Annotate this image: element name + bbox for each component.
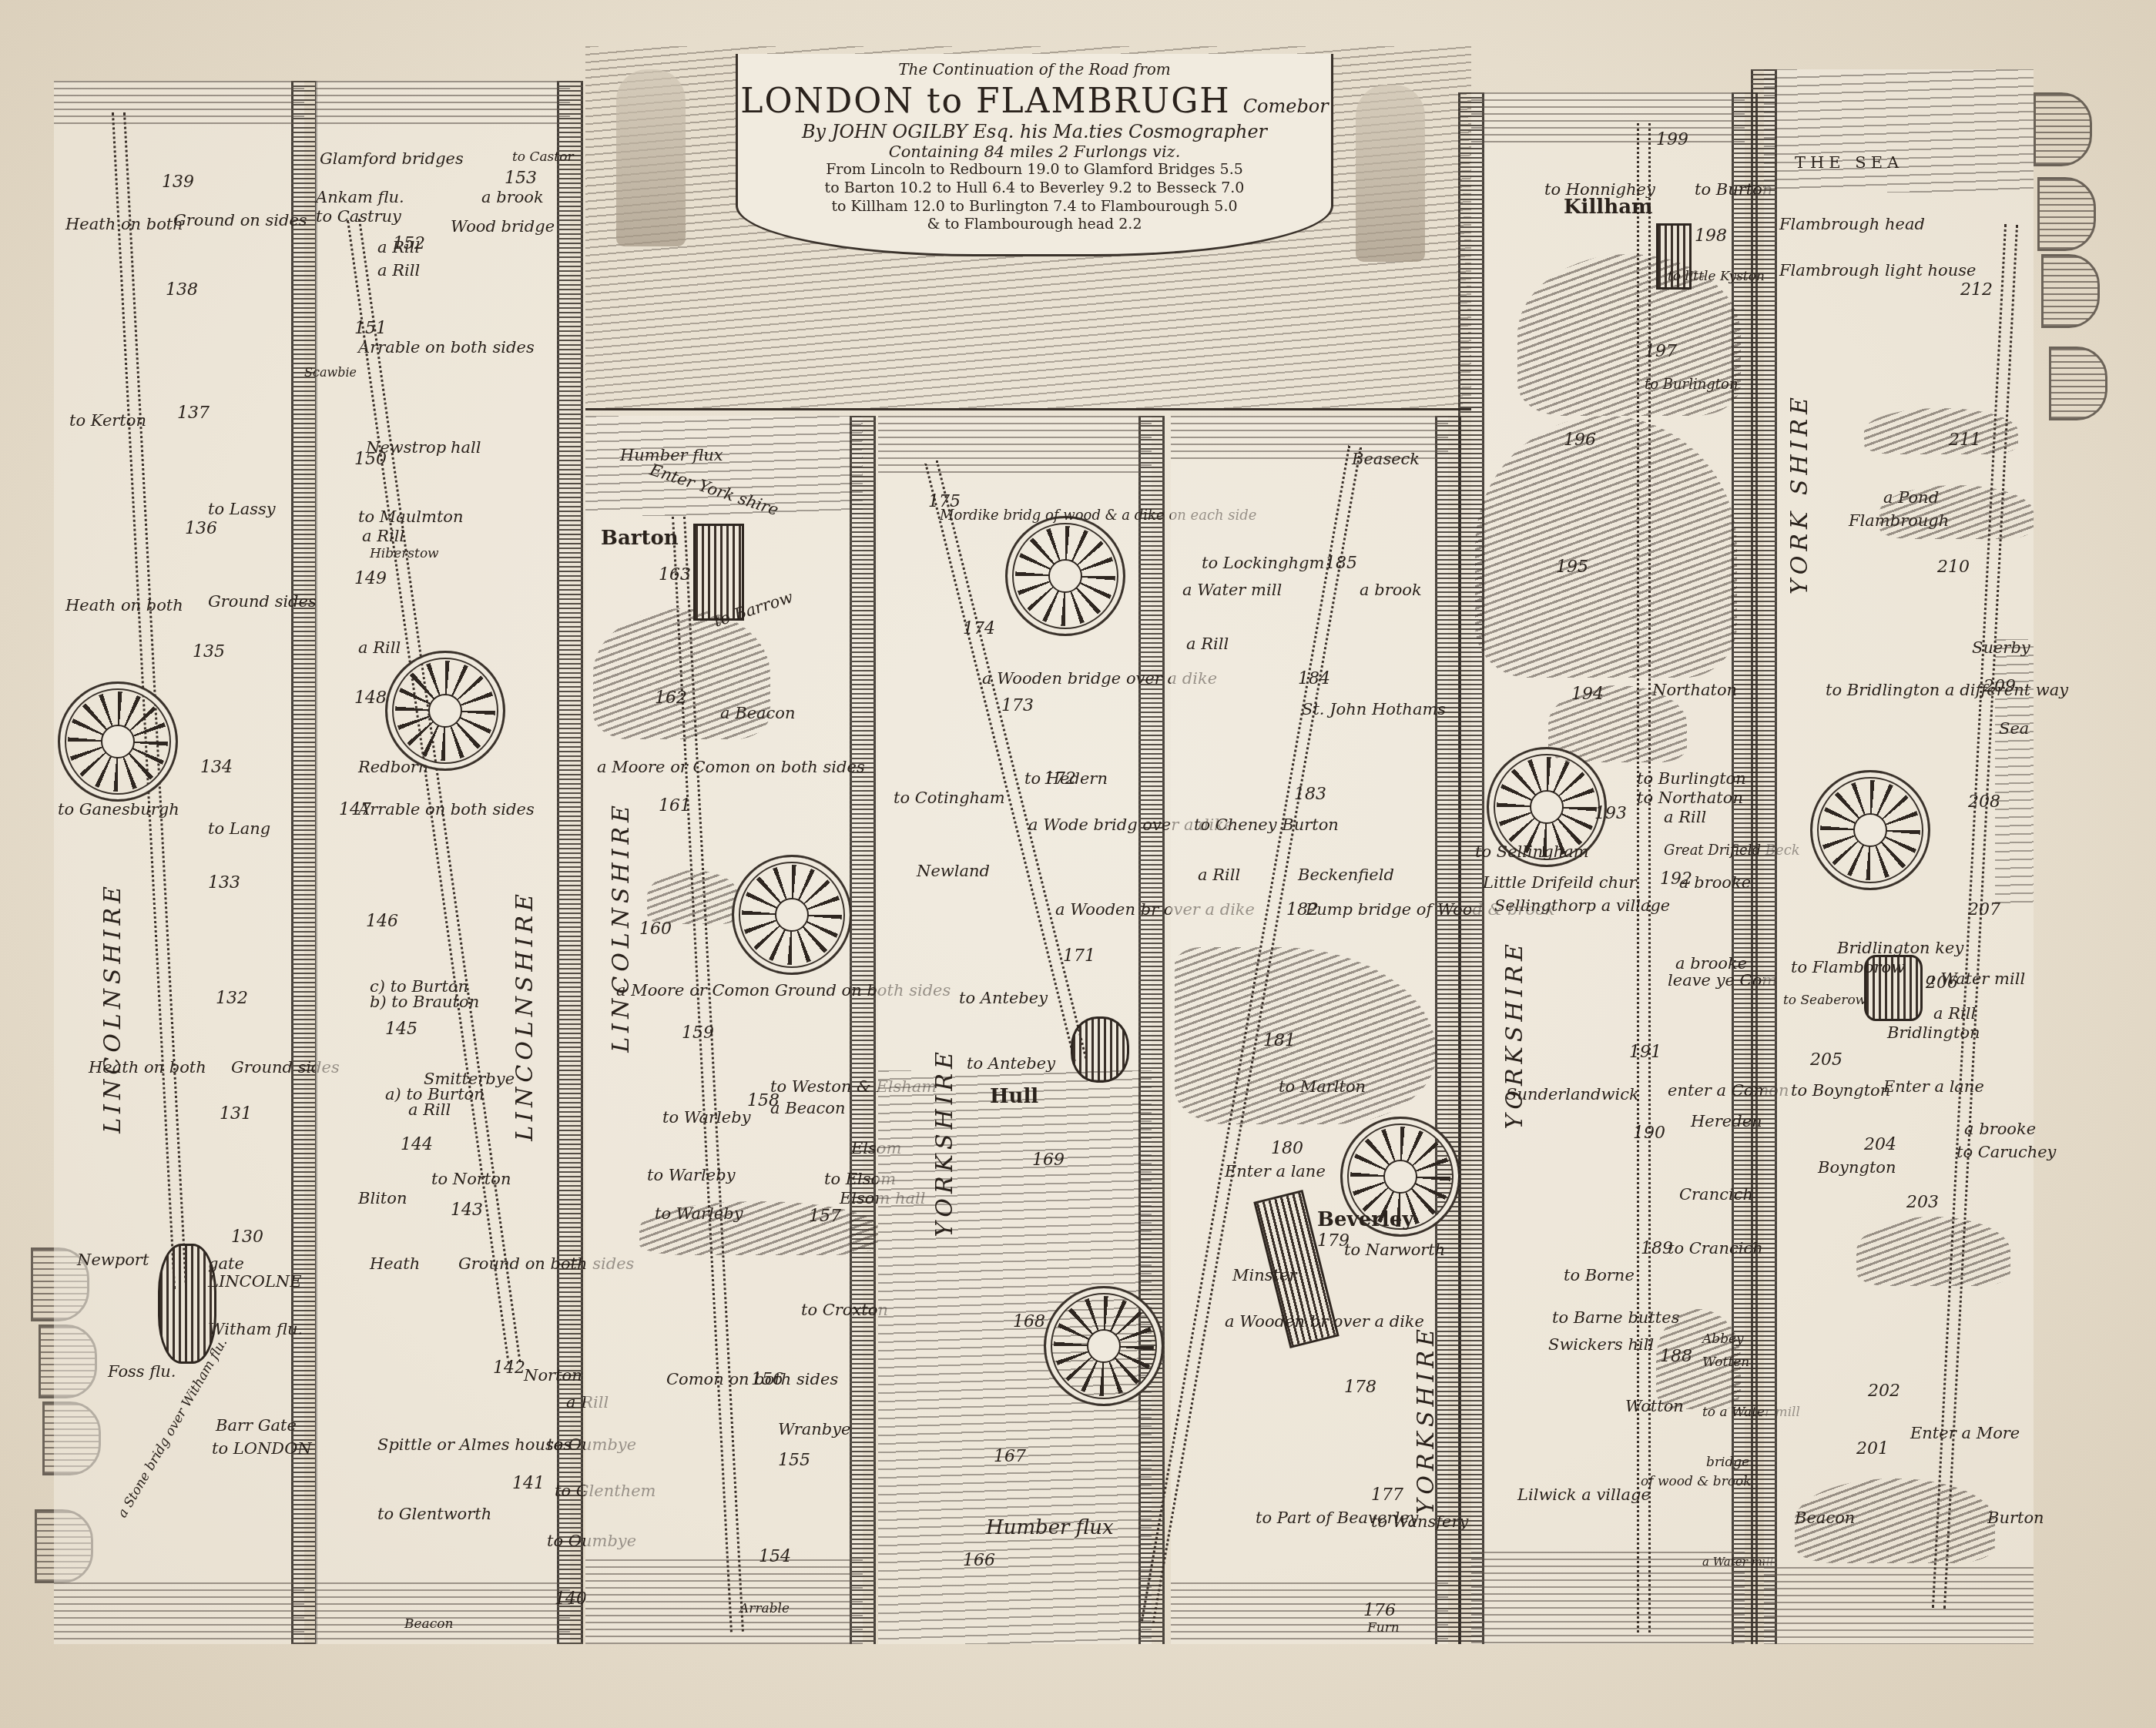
map-label: to Boyngton xyxy=(1791,1082,1890,1100)
map-label: a brooke xyxy=(1675,955,1747,973)
map-label: a Rill xyxy=(1198,866,1240,884)
mile-marker: 146 xyxy=(366,913,398,931)
map-label: to Lassy xyxy=(208,501,276,518)
map-label: Barton xyxy=(601,527,679,550)
mile-marker: 144 xyxy=(401,1136,433,1154)
map-label: Heath on both xyxy=(65,597,183,615)
hull-town xyxy=(1071,1016,1129,1083)
map-label: Bridlington key xyxy=(1837,939,1963,957)
strip-hatch xyxy=(1471,92,1745,146)
map-label: Swickers hill xyxy=(1548,1336,1654,1354)
strip-hatch xyxy=(1764,1567,2034,1644)
scroll-end xyxy=(2041,254,2100,328)
map-label: a Wooden br over a dike xyxy=(1225,1313,1424,1331)
map-label: a brooke xyxy=(1964,1120,2036,1138)
mile-marker: 140 xyxy=(555,1590,587,1609)
mile-marker: 160 xyxy=(639,920,672,939)
map-label: to Castruy xyxy=(316,208,401,226)
map-label: Sea xyxy=(1999,720,2029,738)
mile-marker: 168 xyxy=(1013,1313,1045,1331)
map-label: Hull xyxy=(990,1086,1038,1108)
title-containing: Containing 84 miles 2 Furlongs viz. xyxy=(738,142,1331,161)
mile-marker: 133 xyxy=(208,874,240,892)
hill xyxy=(1175,947,1437,1124)
map-label: Ground sides xyxy=(208,593,317,611)
map-label: to Northaton xyxy=(1637,789,1743,807)
map-label: Wranbye xyxy=(778,1421,850,1438)
map-label: a brook xyxy=(481,189,544,206)
mile-marker: 141 xyxy=(512,1475,545,1493)
mile-marker: 135 xyxy=(193,643,225,661)
county-label: LINCOLNSHIRE xyxy=(100,882,126,1134)
map-label: Flambrough light house xyxy=(1779,262,1976,280)
map-label: to Warleby xyxy=(662,1109,751,1127)
mile-marker: 211 xyxy=(1949,431,1981,450)
map-label: Enter a lane xyxy=(1883,1078,1984,1096)
map-label: a Beacon xyxy=(770,1100,846,1117)
map-label: a Beacon xyxy=(720,705,796,722)
map-label: to Crancich xyxy=(1668,1240,1763,1257)
map-label: to Glentworth xyxy=(377,1505,491,1523)
map-label: to Burlington xyxy=(1637,770,1746,788)
map-label: Newland xyxy=(917,862,990,880)
mile-marker: 134 xyxy=(200,759,233,777)
map-label: to Lockinghgm xyxy=(1202,554,1324,572)
mile-marker: 191 xyxy=(1629,1043,1661,1062)
mile-marker: 173 xyxy=(1001,697,1034,715)
mile-marker: 161 xyxy=(659,797,691,815)
map-label: Boyngton xyxy=(1818,1159,1896,1177)
mile-marker: 181 xyxy=(1263,1032,1296,1050)
map-label: Enter a More xyxy=(1910,1425,2020,1442)
map-label: a Water mill xyxy=(1182,581,1282,599)
mile-marker: 153 xyxy=(505,169,537,188)
map-label: Abbey xyxy=(1702,1332,1744,1347)
compass-rose xyxy=(1810,770,1930,890)
mile-marker: 132 xyxy=(216,990,248,1008)
county-label: LINCOLNSHIRE xyxy=(609,801,634,1053)
mile-marker: 197 xyxy=(1645,343,1677,361)
map-label: to Caruchey xyxy=(1956,1144,2057,1161)
map-label: to Croxton xyxy=(801,1301,888,1319)
title-suffix: Comebor xyxy=(1243,95,1329,117)
mile-marker: 184 xyxy=(1298,670,1330,688)
strip-2: 153 152 151 150 149 148 147 146 145 144 … xyxy=(316,81,570,1644)
mile-marker: 142 xyxy=(493,1359,525,1378)
map-label: a Water mill xyxy=(1926,970,2025,988)
map-label: a brook xyxy=(1360,581,1422,599)
map-label: Newstrop xyxy=(366,439,446,457)
map-label: b) to Brauton xyxy=(370,993,479,1011)
strip-border xyxy=(850,416,876,1644)
strip-7: 212 211 210 209 208 207 206 205 204 203 … xyxy=(1764,69,2034,1644)
strip-1: 139 138 137 136 135 134 133 132 131 130 … xyxy=(54,81,304,1644)
map-label: Beverley xyxy=(1317,1209,1413,1231)
compass-rose xyxy=(58,681,178,802)
mile-marker: 130 xyxy=(231,1228,263,1247)
map-label: of wood & brook xyxy=(1641,1475,1752,1489)
map-label: a Rill xyxy=(362,527,404,545)
map-label: Wood bridge xyxy=(451,218,555,236)
mile-marker: 145 xyxy=(385,1020,417,1039)
map-label: to Castor xyxy=(512,150,574,165)
scroll-end xyxy=(2037,177,2096,251)
mile-marker: 171 xyxy=(1063,947,1095,966)
map-label: to Flamborow xyxy=(1791,959,1905,976)
map-label: to Antebey xyxy=(967,1055,1055,1073)
mile-marker: 154 xyxy=(759,1548,791,1566)
mile-marker: 195 xyxy=(1556,558,1588,577)
map-label: Crancich xyxy=(1679,1186,1753,1204)
mile-marker: 210 xyxy=(1937,558,1970,577)
title-cartouche: The Continuation of the Road from LONDON… xyxy=(736,54,1333,256)
map-label: to little Kyston xyxy=(1668,270,1765,284)
mile-marker: 138 xyxy=(166,281,198,300)
map-label: to Borne xyxy=(1564,1267,1635,1284)
mile-marker: 193 xyxy=(1594,805,1627,823)
compass-rose xyxy=(732,855,852,975)
county-label: LINCOLNSHIRE xyxy=(512,889,538,1141)
county-label: YORK SHIRE xyxy=(1787,393,1812,594)
strip-border xyxy=(1751,69,1777,1644)
mile-marker: 174 xyxy=(963,620,995,638)
venus-figure xyxy=(1356,85,1425,262)
map-label: Wotten xyxy=(1702,1355,1749,1370)
mile-marker: 149 xyxy=(354,570,387,588)
map-label: Witham flu. xyxy=(208,1321,303,1338)
hill xyxy=(647,870,739,924)
map-label: Northaton xyxy=(1652,681,1737,699)
mile-marker: 155 xyxy=(778,1452,810,1470)
map-label: to Kerton xyxy=(69,412,146,430)
mile-marker: 207 xyxy=(1968,901,2000,919)
title-main-text: LONDON to FLAMBRUGH xyxy=(740,82,1230,121)
map-label: Burton xyxy=(1987,1509,2044,1527)
map-label: a Rill xyxy=(358,639,401,657)
mile-marker: 169 xyxy=(1032,1151,1065,1170)
strip-border xyxy=(291,81,317,1644)
mile-marker: 176 xyxy=(1363,1602,1396,1620)
route-line: to Killham 12.0 to Burlington 7.4 to Fla… xyxy=(738,198,1331,216)
mile-marker: 196 xyxy=(1564,431,1596,450)
compass-rose xyxy=(1005,516,1125,636)
mile-marker: 198 xyxy=(1695,227,1727,246)
map-label: Bliton xyxy=(358,1190,407,1207)
map-label: a Rill xyxy=(408,1101,451,1119)
title-main: LONDON to FLAMBRUGH Comebor xyxy=(738,82,1331,121)
map-label: Arrable xyxy=(739,1602,790,1616)
compass-rose xyxy=(1044,1286,1164,1406)
map-label: to Antebey xyxy=(959,990,1048,1007)
map-label: Heath on both xyxy=(65,216,183,233)
mile-marker: 143 xyxy=(451,1201,483,1220)
strip-border xyxy=(1458,92,1484,1644)
map-label: Spittle or Almes houses xyxy=(377,1436,572,1454)
map-label: to Seaberow xyxy=(1783,993,1866,1008)
map-label: Suerby xyxy=(1972,639,2030,657)
title-subtitle: The Continuation of the Road from xyxy=(738,60,1331,79)
map-label: to Norton xyxy=(431,1170,511,1188)
map-label: to Wansfery xyxy=(1371,1513,1468,1531)
mile-marker: 180 xyxy=(1271,1140,1303,1158)
map-label: a Rill xyxy=(1664,809,1706,826)
map-label: Norton xyxy=(524,1367,582,1385)
mile-marker: 159 xyxy=(682,1024,714,1043)
mile-marker: 201 xyxy=(1856,1440,1889,1458)
map-label: to Narworth xyxy=(1344,1241,1445,1259)
strip-hatch xyxy=(878,416,1152,477)
mile-marker: 208 xyxy=(1968,793,2000,812)
map-label: to Bridlington a different way xyxy=(1826,681,2068,699)
map-label: Minster xyxy=(1232,1267,1296,1284)
map-label: Wotton xyxy=(1625,1398,1684,1415)
county-label: YORKSHIRE xyxy=(1502,939,1527,1129)
mile-marker: 178 xyxy=(1344,1378,1376,1397)
map-label: Enter a lane xyxy=(1225,1163,1326,1180)
map-label: to Marlton xyxy=(1279,1078,1366,1096)
mile-marker: 188 xyxy=(1660,1348,1692,1366)
map-label: Beckenfield xyxy=(1298,866,1394,884)
map-label: to Barne buttes xyxy=(1552,1309,1679,1327)
map-label: to Warleby xyxy=(647,1167,736,1184)
map-label: a Rill xyxy=(377,262,420,280)
hill xyxy=(1475,416,1737,678)
map-label: Arrable on both sides xyxy=(358,339,535,357)
map-label: Newport xyxy=(77,1251,149,1269)
title-author: By JOHN OGILBY Esq. his Ma.ties Cosmogra… xyxy=(738,121,1331,142)
map-label: Furn xyxy=(1367,1621,1400,1636)
hill xyxy=(1856,1217,2010,1286)
map-label: to Burlington xyxy=(1645,377,1739,393)
map-label: THE SEA xyxy=(1795,154,1903,172)
mile-marker: 148 xyxy=(354,689,387,708)
map-label: Beacon xyxy=(1795,1509,1855,1527)
county-label: YORKSHIRE xyxy=(1413,1324,1439,1514)
map-label: to Hedern xyxy=(1024,770,1108,788)
mile-marker: 185 xyxy=(1325,554,1357,573)
map-label: to Cotingham xyxy=(894,789,1005,807)
strip-4: 175 174 173 172 171 169 168 167 166 Mord… xyxy=(878,416,1152,1644)
map-label: Flambrough xyxy=(1849,512,1949,530)
mile-marker: 163 xyxy=(659,566,691,584)
strip-5: 185 184 183 182 181 180 179 178 177 176 … xyxy=(1171,416,1448,1644)
mile-marker: 177 xyxy=(1371,1486,1403,1505)
mile-marker: 183 xyxy=(1294,785,1326,804)
scroll-end xyxy=(2049,347,2107,420)
map-label: Ankam flu. xyxy=(316,189,404,206)
mile-marker: 199 xyxy=(1656,131,1688,149)
route-line: From Lincoln to Redbourn 19.0 to Glamfor… xyxy=(738,161,1331,179)
strip-hatch xyxy=(1171,1582,1448,1644)
map-label: Heath xyxy=(370,1255,420,1273)
neptune-figure xyxy=(616,69,686,246)
map-label: Comon on both sides xyxy=(666,1371,838,1388)
mile-marker: 131 xyxy=(220,1105,252,1124)
map-label: Little Drifeild chur. xyxy=(1483,874,1640,892)
map-label: a Pond xyxy=(1883,489,1939,507)
map-label: to Maulmton xyxy=(358,508,464,526)
map-label: hall xyxy=(451,439,481,457)
strip-3: 163 162 161 160 159 158 157 156 155 154 … xyxy=(585,416,863,1644)
mile-marker: 190 xyxy=(1633,1124,1665,1143)
map-label: Flambrough head xyxy=(1779,216,1925,233)
route-line: to Barton 10.2 to Hull 6.4 to Beverley 9… xyxy=(738,179,1331,198)
map-label: to Lang xyxy=(208,820,270,838)
mile-marker: 204 xyxy=(1864,1136,1896,1154)
mile-marker: 162 xyxy=(655,689,687,708)
map-label: Sellingthorp a village xyxy=(1494,897,1670,915)
strip-hatch xyxy=(54,1582,304,1644)
lincoln-town xyxy=(158,1244,216,1364)
strip-hatch xyxy=(54,81,304,127)
mile-marker: 203 xyxy=(1906,1194,1939,1212)
mile-marker: 157 xyxy=(809,1207,841,1226)
map-label: to Sellingham xyxy=(1475,843,1589,861)
map-label: Bridlington xyxy=(1887,1024,1980,1042)
map-label: to Ganesburgh xyxy=(58,801,179,819)
map-label: a Rill xyxy=(1186,635,1229,653)
strip-hatch xyxy=(316,1582,570,1644)
map-label: Ground on sides xyxy=(173,212,307,229)
strip-6: 199 198 197 196 195 194 193 192 191 190 … xyxy=(1471,92,1745,1644)
mile-marker: 151 xyxy=(354,320,387,338)
map-label: to Cheney Burton xyxy=(1194,816,1339,834)
map-label: Humber flux xyxy=(986,1517,1114,1539)
map-label: a Rill xyxy=(377,239,420,256)
map-label: Arrable on both sides xyxy=(358,801,535,819)
map-label: a brooke xyxy=(1679,874,1751,892)
strip-hatch xyxy=(585,1559,863,1644)
map-label: Beacon xyxy=(404,1617,453,1632)
county-label: YORKSHIRE xyxy=(932,1047,957,1237)
mile-marker: 205 xyxy=(1810,1051,1842,1070)
map-label: Killham xyxy=(1564,196,1653,219)
map-label: Humber flux xyxy=(620,447,723,464)
map-label: a Rill xyxy=(1933,1005,1976,1023)
route-line: & to Flambourough head 2.2 xyxy=(738,216,1331,234)
mile-marker: 202 xyxy=(1868,1382,1900,1401)
map-label: Foss flu. xyxy=(108,1363,176,1381)
mile-marker: 212 xyxy=(1960,281,1993,300)
map-label: Scawbie xyxy=(304,366,357,380)
mile-marker: 166 xyxy=(963,1552,995,1570)
scroll-end xyxy=(2034,92,2092,166)
map-label: Glamford bridges xyxy=(320,150,464,168)
map-label: a Moore or Comon on both sides xyxy=(597,759,865,776)
mile-marker: 136 xyxy=(185,520,217,538)
strip-hatch xyxy=(316,81,570,127)
map-label: Beaseck xyxy=(1352,450,1420,468)
mile-marker: 137 xyxy=(177,404,210,423)
map-label: Barr Gate xyxy=(216,1417,297,1435)
compass-rose xyxy=(385,651,505,771)
mile-marker: 194 xyxy=(1571,685,1604,704)
map-label: LINCOLNE xyxy=(208,1273,302,1291)
map-label: Hiberstow xyxy=(370,547,439,561)
map-label: bridge xyxy=(1706,1455,1749,1470)
map-label: St. John Hothams xyxy=(1302,701,1446,718)
map-label: to LONDON xyxy=(212,1440,312,1458)
mile-marker: 167 xyxy=(994,1448,1026,1466)
mile-marker: 139 xyxy=(162,173,194,192)
map-label: Lilwick a village xyxy=(1517,1486,1651,1504)
sea-water xyxy=(1764,69,2034,193)
map-label: to Warleby xyxy=(655,1205,743,1223)
